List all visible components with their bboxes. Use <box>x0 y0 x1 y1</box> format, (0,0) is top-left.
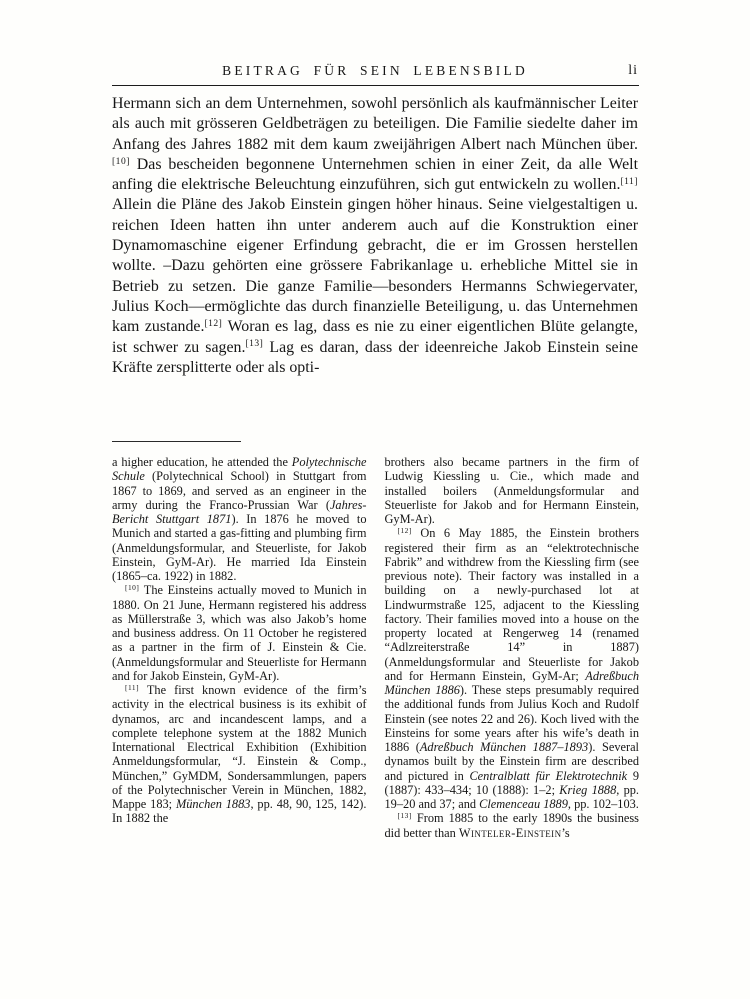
text-segment: Adreßbuch München 1887–1893 <box>420 740 588 754</box>
footnote-reference: [10] <box>125 583 139 592</box>
text-segment: a higher education, he attended the <box>112 455 292 469</box>
running-head: BEITRAG FÜR SEIN LEBENSBILD li <box>112 63 638 79</box>
text-segment: Winteler-Einstein <box>459 826 562 840</box>
text-segment: , pp. 102–103. <box>568 797 639 811</box>
footnote-reference: [11] <box>620 176 638 187</box>
text-segment: Centralblatt für Elektrotechnik <box>469 769 627 783</box>
footnote-reference: [13] <box>245 338 263 349</box>
footnote-paragraph: [12] On 6 May 1885, the Einstein brother… <box>385 526 640 811</box>
footnote-paragraph: [11] The first known evidence of the fir… <box>112 683 367 826</box>
book-page: BEITRAG FÜR SEIN LEBENSBILD li Hermann s… <box>0 0 750 999</box>
body-paragraph: Hermann sich an dem Unternehmen, sowohl … <box>112 94 638 378</box>
text-segment: brothers also became partners in the fir… <box>385 455 640 526</box>
footnote-paragraph: brothers also became partners in the fir… <box>385 455 640 526</box>
header-rule <box>112 85 639 86</box>
text-segment: ’s <box>561 826 569 840</box>
footnote-reference: [12] <box>398 526 412 535</box>
text-segment: The first known evidence of the firm’s a… <box>112 683 367 811</box>
footnote-reference: [10] <box>112 156 130 167</box>
footnote-reference: [12] <box>204 318 222 329</box>
footnotes-left-column: a higher education, he attended the Poly… <box>112 455 367 840</box>
text-segment: München 1883 <box>176 797 250 811</box>
text-segment: Clemenceau 1889 <box>479 797 568 811</box>
text-segment: Allein die Pläne des Jakob Einstein ging… <box>112 196 638 335</box>
footnotes-right-column: brothers also became partners in the fir… <box>385 455 640 840</box>
text-segment: Hermann sich an dem Unternehmen, sowohl … <box>112 95 638 153</box>
footnote-paragraph: [13] From 1885 to the early 1890s the bu… <box>385 811 640 840</box>
text-segment: Das bescheiden begonnene Unternehmen sch… <box>112 156 638 193</box>
text-segment: (Polytechnical School) in Stuttgart from… <box>112 469 367 512</box>
text-segment: The Einsteins actually moved to Munich i… <box>112 583 367 683</box>
page-number: li <box>628 63 638 79</box>
footnote-reference: [11] <box>125 683 139 692</box>
text-segment: On 6 May 1885, the Einstein brothers reg… <box>385 526 640 683</box>
page-title: BEITRAG FÜR SEIN LEBENSBILD <box>222 63 528 78</box>
text-segment: Krieg 1888 <box>559 783 616 797</box>
footnote-paragraph: a higher education, he attended the Poly… <box>112 455 367 583</box>
footnote-reference: [13] <box>398 811 412 820</box>
footnote-paragraph: [10] The Einsteins actually moved to Mun… <box>112 583 367 683</box>
footnotes-section: a higher education, he attended the Poly… <box>112 455 639 840</box>
footnote-separator-rule <box>112 441 241 442</box>
